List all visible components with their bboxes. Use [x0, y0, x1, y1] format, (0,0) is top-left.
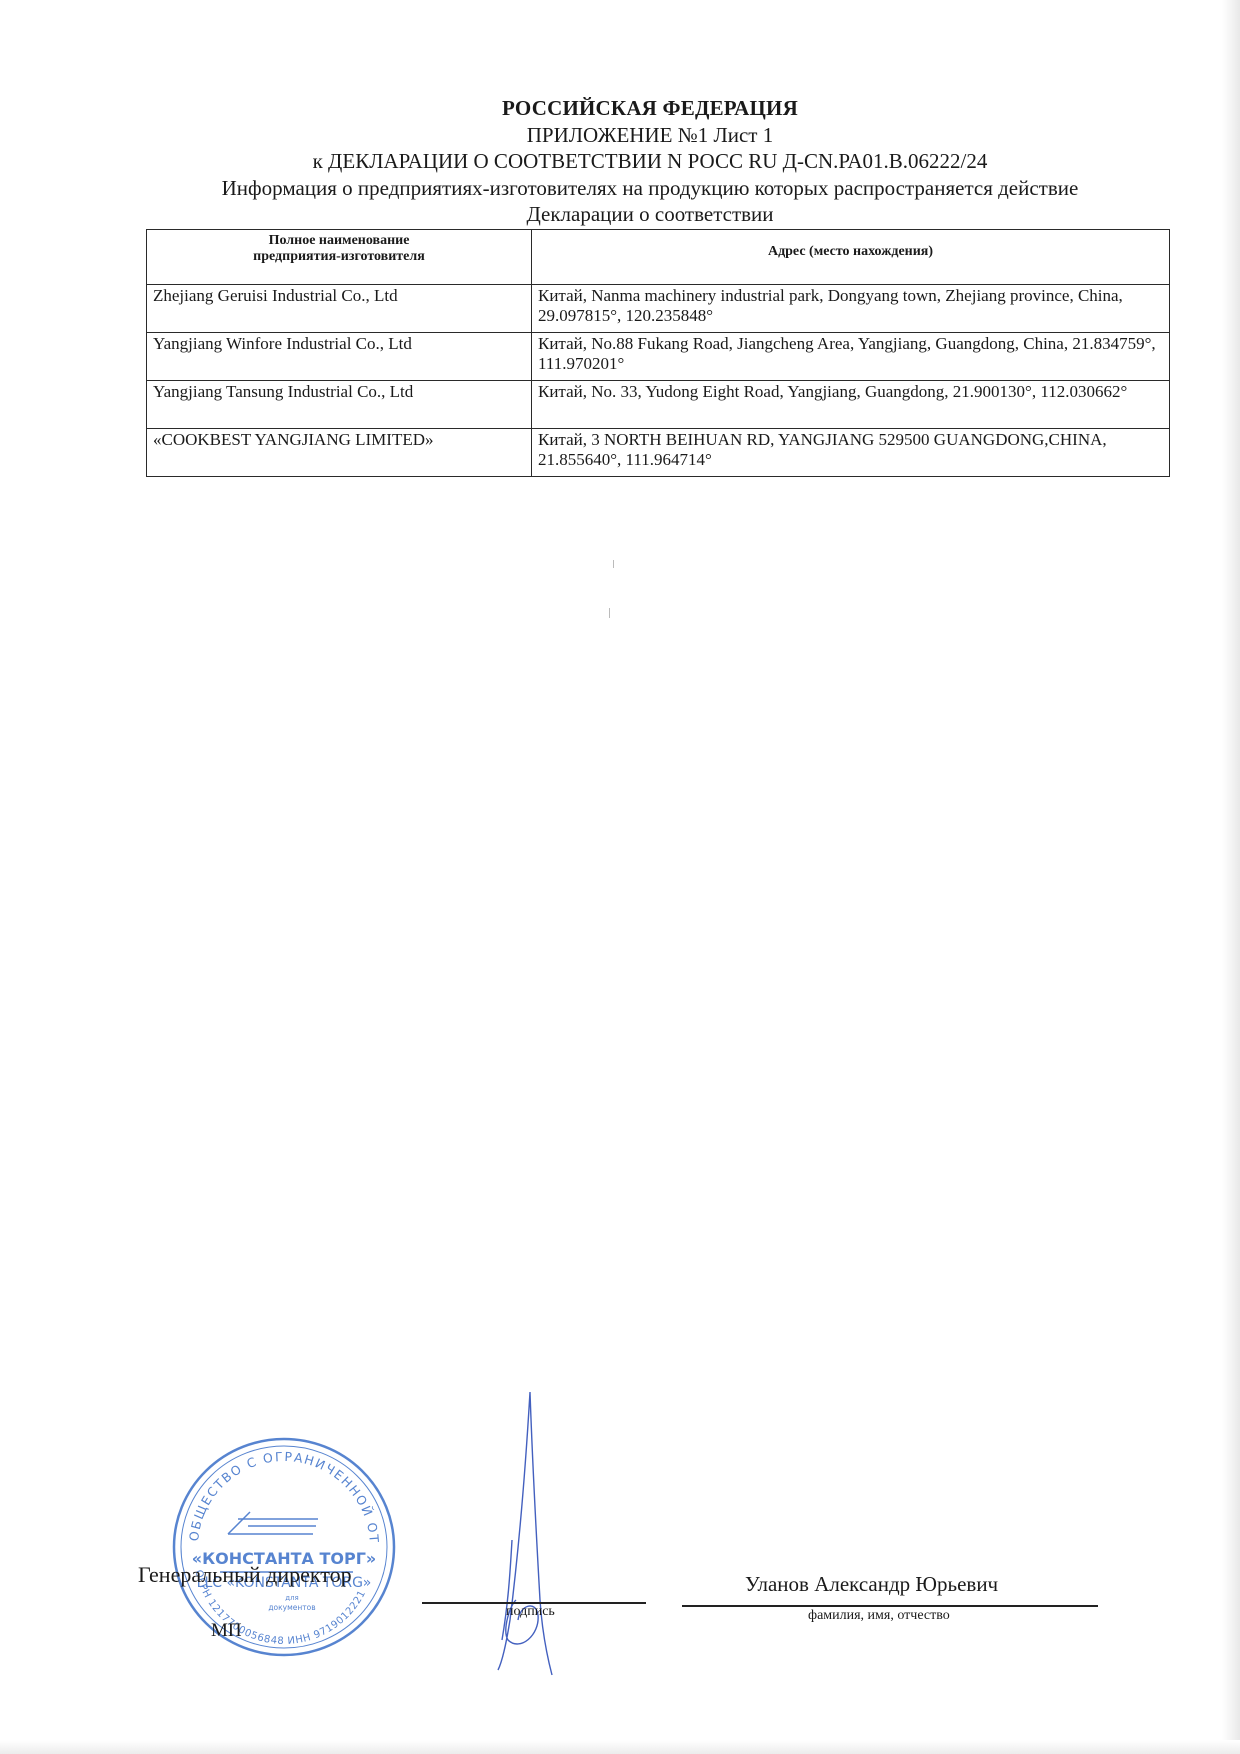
table-row: «COOKBEST YANGJIANG LIMITED» Китай, 3 NO… [147, 429, 1170, 477]
table-row: Yangjiang Winfore Industrial Co., Ltd Ки… [147, 333, 1170, 381]
country-title: РОССИЙСКАЯ ФЕДЕРАЦИЯ [150, 94, 1150, 122]
name-caption: фамилия, имя, отчество [808, 1608, 950, 1624]
manufacturer-address: Китай, 3 NORTH BEIHUAN RD, YANGJIANG 529… [532, 429, 1170, 477]
manufacturers-table: Полное наименование предприятия-изготови… [146, 229, 1170, 477]
appendix-title: ПРИЛОЖЕНИЕ №1 Лист 1 [150, 122, 1150, 148]
manufacturer-name: Yangjiang Winfore Industrial Co., Ltd [147, 333, 532, 381]
info-line-2: Декларации о соответствии [150, 202, 1150, 226]
page-bottom-shadow [0, 1740, 1240, 1754]
signatory-full-name: Уланов Александр Юрьевич [745, 1572, 998, 1597]
column-header-name: Полное наименование предприятия-изготови… [147, 230, 532, 285]
name-line [682, 1605, 1098, 1607]
table-header-row: Полное наименование предприятия-изготови… [147, 230, 1170, 285]
stamp-purpose-2: документов [268, 1603, 315, 1612]
column-header-address-label: Адрес (место нахождения) [768, 244, 933, 259]
declaration-number: к ДЕКЛАРАЦИИ О СООТВЕТСТВИИ N РОСС RU Д-… [150, 148, 1150, 175]
table-row: Zhejiang Geruisi Industrial Co., Ltd Кит… [147, 285, 1170, 333]
seal-mark: МП [211, 1620, 242, 1642]
manufacturer-name: «COOKBEST YANGJIANG LIMITED» [147, 429, 532, 477]
info-line-1: Информация о предприятиях-изготовителях … [150, 175, 1150, 202]
column-header-name-line2: предприятия-изготовителя [253, 249, 425, 264]
signatory-role: Генеральный директор [138, 1562, 352, 1588]
scan-artifact [613, 560, 614, 568]
scan-artifact [609, 608, 610, 618]
stamp-purpose-1: для [285, 1594, 299, 1602]
manufacturer-address: Китай, Nanma machinery industrial park, … [532, 285, 1170, 333]
column-header-name-line1: Полное наименование [269, 233, 410, 248]
company-stamp-icon: ОБЩЕСТВО С ОГРАНИЧЕННОЙ ОТВЕТСТВЕННОСТЬЮ… [168, 1434, 400, 1660]
manufacturer-address: Китай, No. 33, Yudong Eight Road, Yangji… [532, 381, 1170, 429]
manufacturer-address: Китай, No.88 Fukang Road, Jiangcheng Are… [532, 333, 1170, 381]
manufacturer-name: Zhejiang Geruisi Industrial Co., Ltd [147, 285, 532, 333]
table-row: Yangjiang Tansung Industrial Co., Ltd Ки… [147, 381, 1170, 429]
column-header-address: Адрес (место нахождения) [532, 230, 1170, 285]
page-edge-shadow [1222, 0, 1240, 1754]
document-header: РОССИЙСКАЯ ФЕДЕРАЦИЯ ПРИЛОЖЕНИЕ №1 Лист … [150, 94, 1150, 226]
handwritten-signature-icon [480, 1390, 570, 1680]
manufacturer-name: Yangjiang Tansung Industrial Co., Ltd [147, 381, 532, 429]
signature-caption: подпись [506, 1604, 555, 1620]
